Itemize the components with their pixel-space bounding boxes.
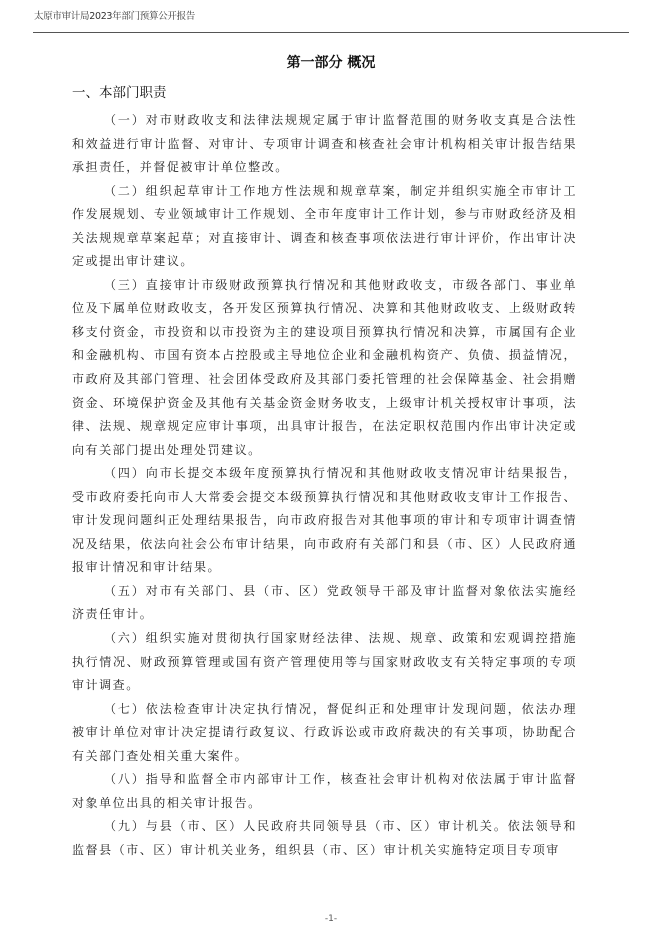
- page-number: -1-: [0, 914, 662, 924]
- paragraph-duty-1: （一）对市财政收支和法律法规规定属于审计监督范围的财务收支真是合法性和效益进行审…: [72, 109, 577, 180]
- paragraph-duty-3: （三）直接审计市级财政预算执行情况和其他财政收支，市级各部门、事业单位及下属单位…: [72, 274, 577, 462]
- section-heading: 一、本部门职责: [72, 81, 167, 101]
- paragraph-duty-2: （二）组织起草审计工作地方性法规和规章草案，制定并组织实施全市审计工作发展规划、…: [72, 180, 577, 274]
- paragraph-duty-8: （八）指导和监督全市内部审计工作，核查社会审计机构对依法属于审计监督对象单位出具…: [72, 768, 577, 815]
- running-header: 太原市审计局2023年部门预算公开报告: [34, 8, 195, 22]
- paragraph-duty-9: （九）与县（市、区）人民政府共同领导县（市、区）审计机关。依法领导和监督县（市、…: [72, 815, 577, 862]
- header-divider: [33, 32, 629, 33]
- paragraph-duty-7: （七）依法检查审计决定执行情况，督促纠正和处理审计发现问题，依法办理被审计单位对…: [72, 698, 577, 769]
- paragraph-duty-4: （四）向市长提交本级年度预算执行情况和其他财政收支情况审计结果报告，受市政府委托…: [72, 462, 577, 580]
- document-body: （一）对市财政收支和法律法规规定属于审计监督范围的财务收支真是合法性和效益进行审…: [72, 109, 577, 863]
- part-title: 第一部分 概况: [0, 52, 662, 72]
- paragraph-duty-5: （五）对市有关部门、县（市、区）党政领导干部及审计监督对象依法实施经济责任审计。: [72, 580, 577, 627]
- paragraph-duty-6: （六）组织实施对贯彻执行国家财经法律、法规、规章、政策和宏观调控措施执行情况、财…: [72, 627, 577, 698]
